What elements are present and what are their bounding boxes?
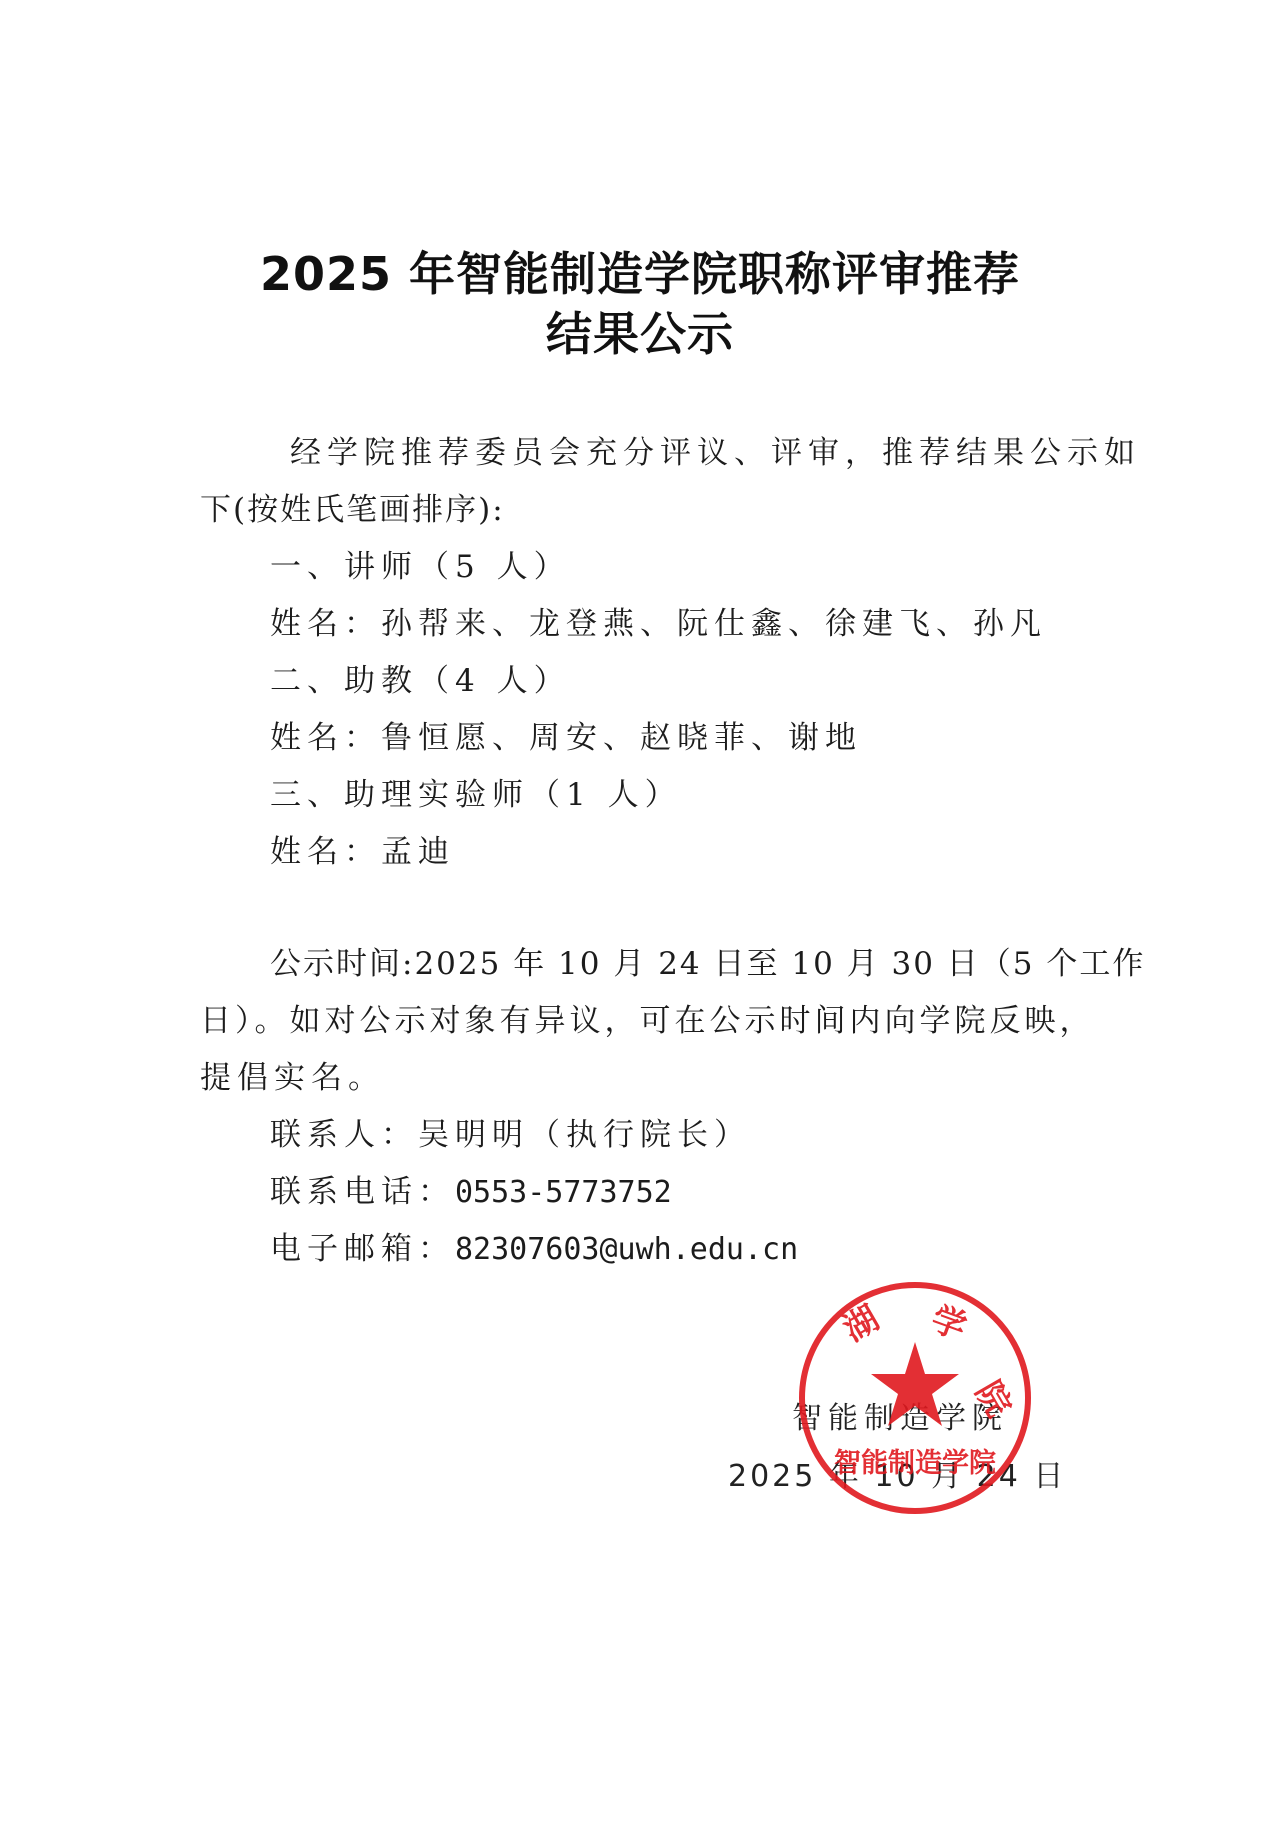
star-icon: [871, 1342, 959, 1426]
seal-arc-char-1: 湖: [837, 1298, 886, 1350]
section-names-lab-assistant: 姓名：孟迪: [270, 826, 455, 871]
document-title: 2025 年智能制造学院职称评审推荐: [0, 238, 1280, 304]
contact-person-label: 联系人：: [270, 1117, 418, 1153]
contact-phone: 联系电话：0553-5773752: [270, 1166, 672, 1211]
names-label: 姓名：: [270, 720, 381, 756]
official-seal-stamp: 湖 学 院 智能制造学院: [797, 1280, 1033, 1516]
contact-phone-label: 联系电话：: [270, 1174, 455, 1210]
notice-line3: 提倡实名。: [200, 1052, 385, 1097]
names-label: 姓名：: [270, 834, 381, 870]
section-heading-lab-assistant: 三、助理实验师（1 人）: [270, 769, 682, 814]
section-heading-lecturer: 一、讲师（5 人）: [270, 541, 571, 586]
notice-line2: 日）。如对公示对象有异议，可在公示时间内向学院反映，: [200, 995, 1095, 1040]
document-page: 2025 年智能制造学院职称评审推荐 结果公示 经学院推荐委员会充分评议、评审，…: [0, 0, 1280, 1847]
seal-arc-char-3: 院: [967, 1375, 1019, 1424]
seal-arc-char-2: 学: [926, 1299, 972, 1348]
contact-email: 电子邮箱：82307603@uwh.edu.cn: [270, 1223, 798, 1268]
contact-phone-value: 0553-5773752: [455, 1175, 672, 1210]
contact-email-value: 82307603@uwh.edu.cn: [455, 1232, 798, 1267]
contact-person-value: 吴明明（执行院长）: [418, 1117, 751, 1153]
names-list: 孙帮来、龙登燕、阮仕鑫、徐建飞、孙凡: [381, 606, 1047, 642]
section-names-assistant: 姓名：鲁恒愿、周安、赵晓菲、谢地: [270, 712, 862, 757]
intro-paragraph-line1: 经学院推荐委员会充分评议、评审，推荐结果公示如: [290, 427, 1141, 472]
contact-email-label: 电子邮箱：: [270, 1231, 455, 1267]
section-names-lecturer: 姓名：孙帮来、龙登燕、阮仕鑫、徐建飞、孙凡: [270, 598, 1047, 643]
names-list: 鲁恒愿、周安、赵晓菲、谢地: [381, 720, 862, 756]
intro-paragraph-line2: 下(按姓氏笔画排序):: [200, 484, 505, 529]
notice-line1: 公示时间:2025 年 10 月 24 日至 10 月 30 日（5 个工作: [270, 938, 1145, 983]
names-list: 孟迪: [381, 834, 455, 870]
seal-bottom-text: 智能制造学院: [834, 1447, 996, 1479]
names-label: 姓名：: [270, 606, 381, 642]
contact-person: 联系人：吴明明（执行院长）: [270, 1109, 751, 1154]
document-title-line2: 结果公示: [0, 298, 1280, 364]
section-heading-assistant: 二、助教（4 人）: [270, 655, 571, 700]
